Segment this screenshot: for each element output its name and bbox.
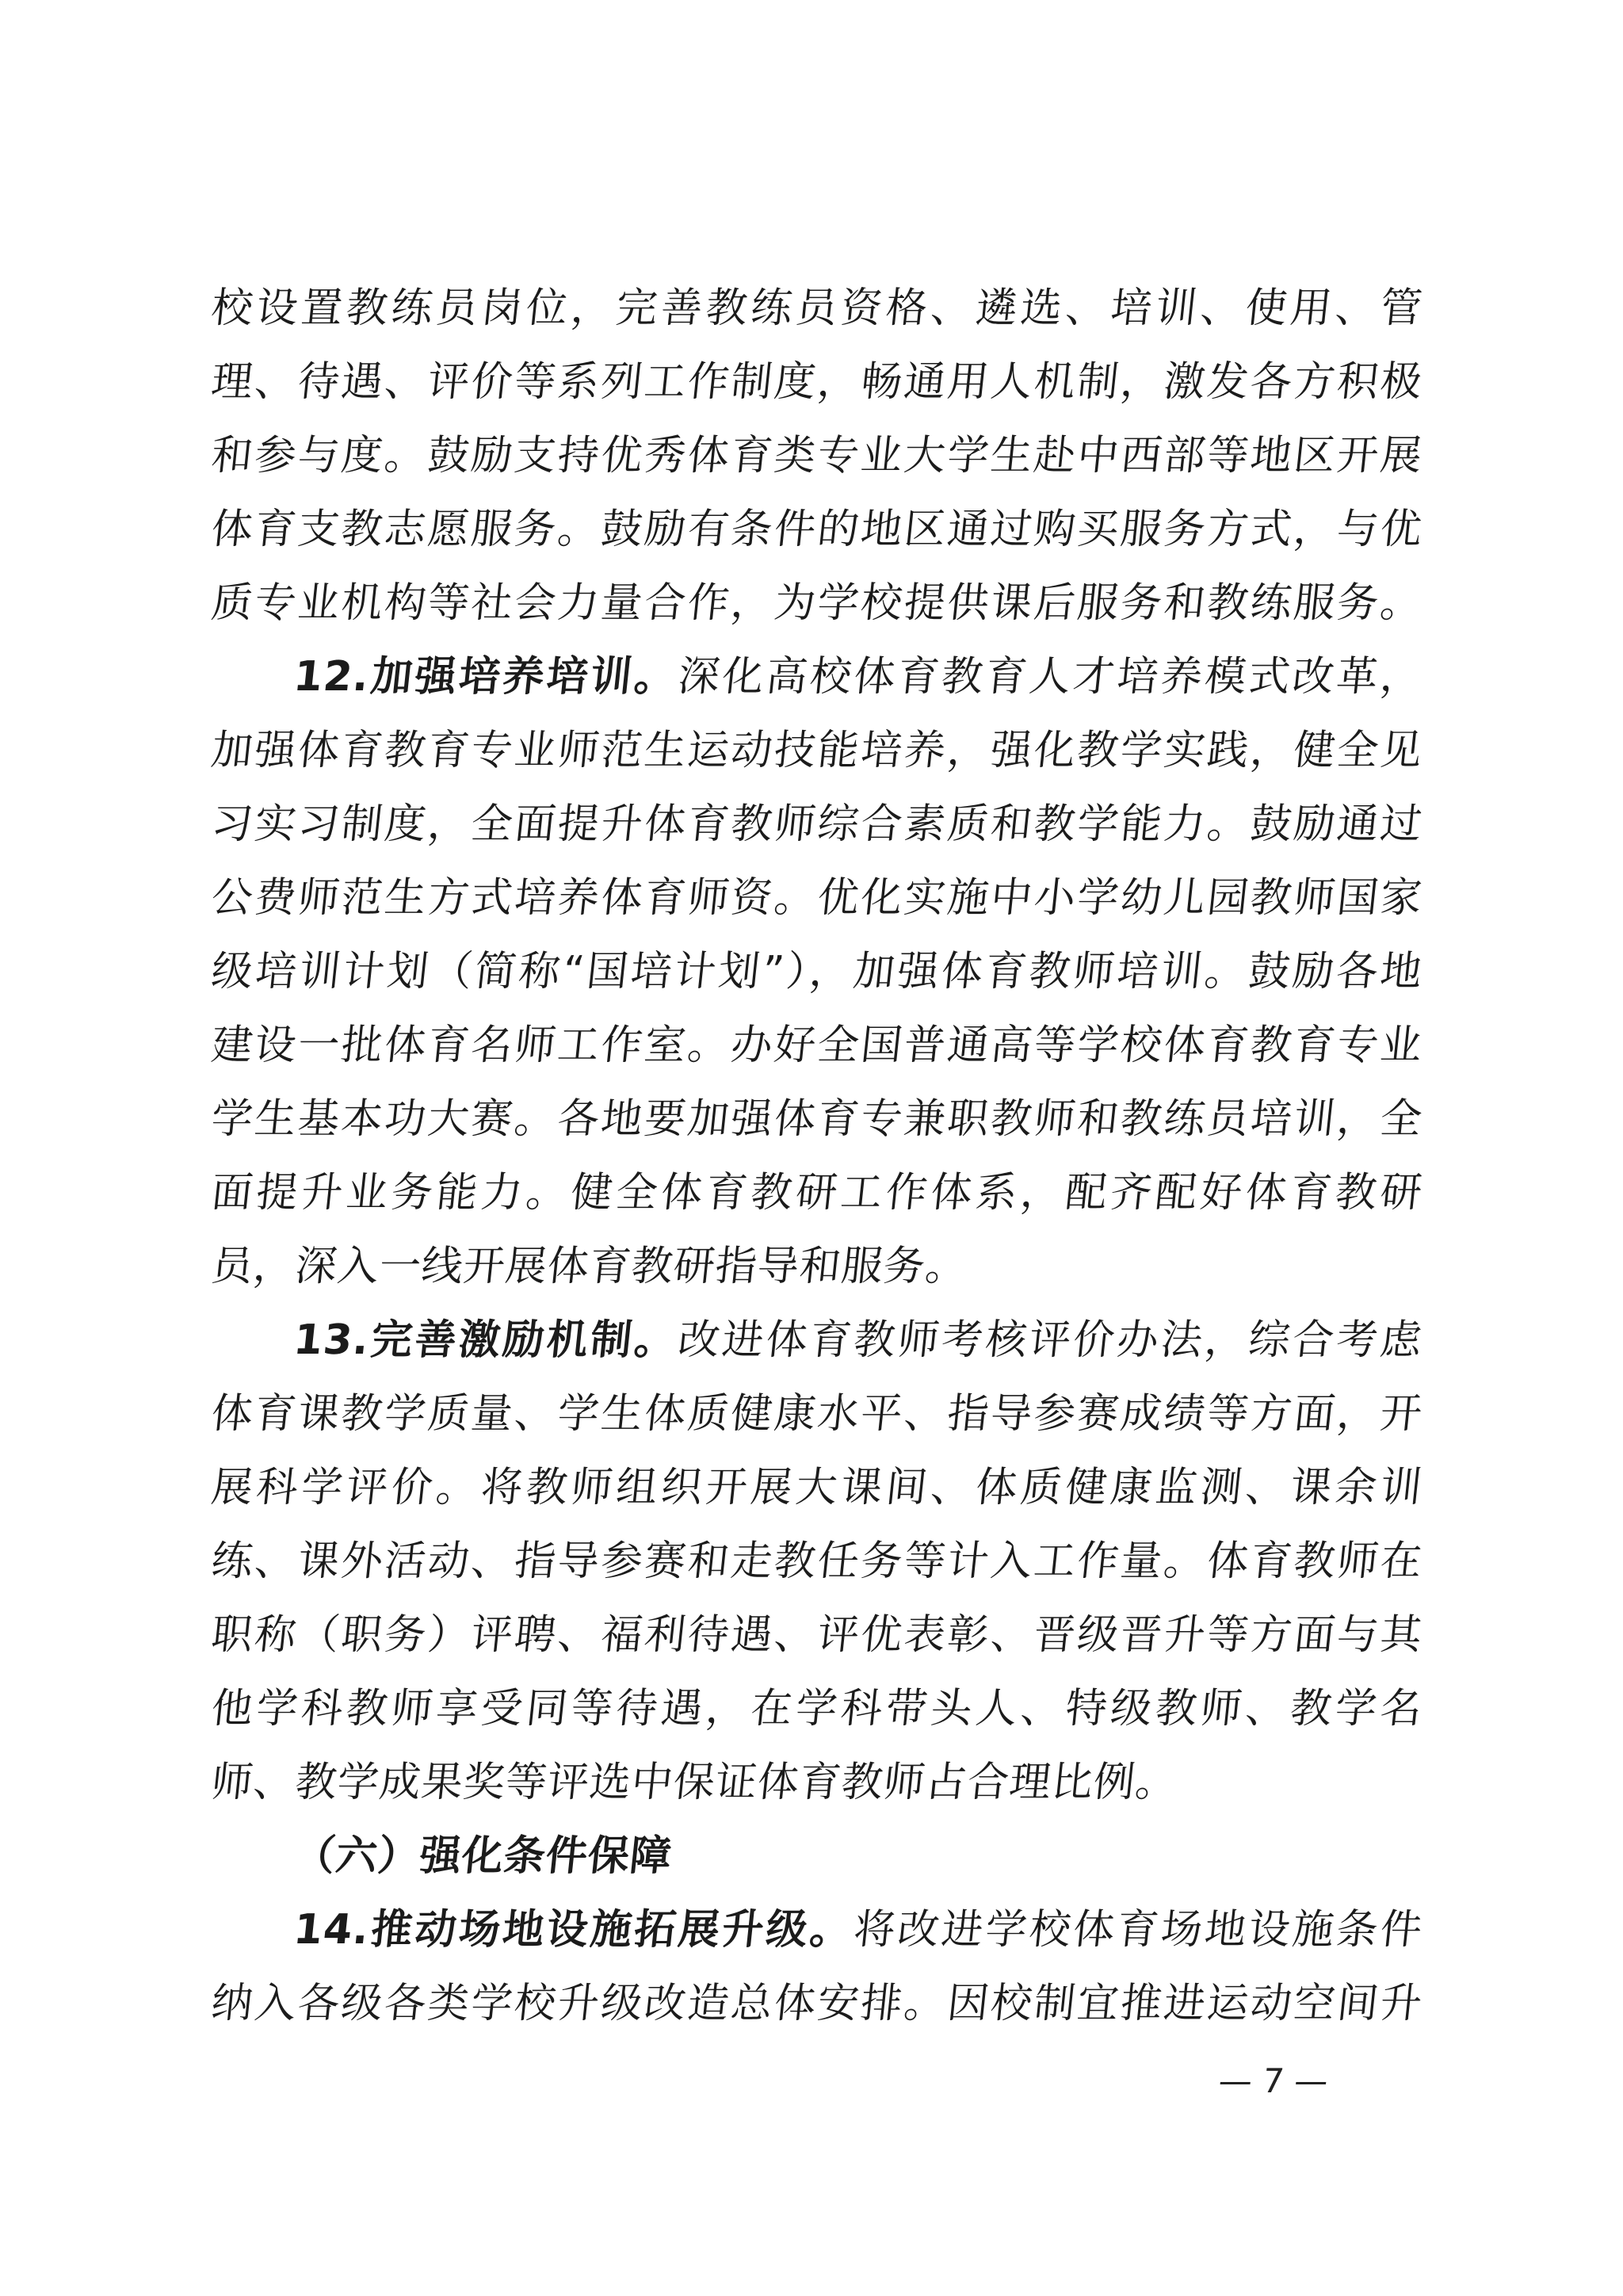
text-line: 面提升业务能力。健全体育教研工作体系，配齐配好体育教研 bbox=[208, 1156, 1426, 1230]
text-line: 职称（职务）评聘、福利待遇、评优表彰、晋级晋升等方面与其 bbox=[208, 1599, 1426, 1672]
body-text: 学生基本功大赛。各地要加强体育专兼职教师和教练员培训，全 bbox=[209, 1095, 1425, 1143]
document-page: 校设置教练员岗位，完善教练员资格、遴选、培训、使用、管理、待遇、评价等系列工作制… bbox=[0, 0, 1623, 2296]
body-text: 纳入各级各类学校升级改造总体安排。因校制宜推进运动空间升 bbox=[209, 1980, 1425, 2027]
section-heading: 14.推动场地设施拓展升级。 bbox=[292, 1906, 857, 1954]
body-text: 练、课外活动、指导参赛和走教任务等计入工作量。体育教师在 bbox=[209, 1538, 1425, 1585]
body-text: 改进体育教师考核评价办法，综合考虑 bbox=[676, 1316, 1425, 1364]
text-line: 师、教学成果奖等评选中保证体育教师占合理比例。 bbox=[208, 1746, 1426, 1820]
text-line: 练、课外活动、指导参赛和走教任务等计入工作量。体育教师在 bbox=[208, 1525, 1426, 1599]
text-line: 公费师范生方式培养体育师资。优化实施中小学幼儿园教师国家 bbox=[208, 861, 1426, 935]
body-text: 他学科教师享受同等待遇，在学科带头人、特级教师、教学名 bbox=[209, 1685, 1425, 1733]
body-text: 级培训计划（简称“国培计划”），加强体育教师培训。鼓励各地 bbox=[209, 948, 1425, 995]
text-line: 和参与度。鼓励支持优秀体育类专业大学生赴中西部等地区开展 bbox=[208, 419, 1426, 493]
text-line: 他学科教师享受同等待遇，在学科带头人、特级教师、教学名 bbox=[208, 1672, 1426, 1746]
text-line: 14.推动场地设施拓展升级。将改进学校体育场地设施条件 bbox=[208, 1893, 1426, 1967]
text-line: 体育支教志愿服务。鼓励有条件的地区通过购买服务方式，与优 bbox=[208, 493, 1426, 567]
body-text: 理、待遇、评价等系列工作制度，畅通用人机制，激发各方积极性 bbox=[208, 358, 1425, 419]
text-line: 13.完善激励机制。改进体育教师考核评价办法，综合考虑 bbox=[208, 1304, 1426, 1377]
text-line: 纳入各级各类学校升级改造总体安排。因校制宜推进运动空间升 bbox=[208, 1967, 1426, 2041]
body-text: 公费师范生方式培养体育师资。优化实施中小学幼儿园教师国家 bbox=[209, 874, 1425, 922]
text-line: （六）强化条件保障 bbox=[208, 1820, 1426, 1893]
body-text: 体育支教志愿服务。鼓励有条件的地区通过购买服务方式，与优 bbox=[209, 506, 1425, 553]
text-line: 理、待遇、评价等系列工作制度，畅通用人机制，激发各方积极性 bbox=[208, 346, 1426, 419]
text-line: 12.加强培养培训。深化高校体育教育人才培养模式改革， bbox=[208, 640, 1426, 714]
body-text: 加强体育教育专业师范生运动技能培养，强化教学实践，健全见 bbox=[209, 727, 1425, 774]
body-text: 员，深入一线开展体育教研指导和服务。 bbox=[209, 1243, 970, 1290]
body-text: 习实习制度，全面提升体育教师综合素质和教学能力。鼓励通过 bbox=[209, 800, 1425, 848]
text-line: 建设一批体育名师工作室。办好全国普通高等学校体育教育专业 bbox=[208, 1009, 1426, 1083]
body-text: 将改进学校体育场地设施条件 bbox=[851, 1906, 1425, 1954]
text-line: 习实习制度，全面提升体育教师综合素质和教学能力。鼓励通过 bbox=[208, 788, 1426, 861]
body-text: 校设置教练员岗位，完善教练员资格、遴选、培训、使用、管 bbox=[209, 285, 1425, 332]
body-text: 体育课教学质量、学生体质健康水平、指导参赛成绩等方面，开 bbox=[209, 1390, 1425, 1438]
body-text: 和参与度。鼓励支持优秀体育类专业大学生赴中西部等地区开展 bbox=[209, 432, 1425, 479]
body-text: 深化高校体育教育人才培养模式改革， bbox=[676, 653, 1425, 701]
text-line: 体育课教学质量、学生体质健康水平、指导参赛成绩等方面，开 bbox=[208, 1377, 1426, 1451]
page-number: — 7 — bbox=[1216, 2057, 1427, 2105]
text-line: 学生基本功大赛。各地要加强体育专兼职教师和教练员培训，全 bbox=[208, 1083, 1426, 1156]
body-text: 职称（职务）评聘、福利待遇、评优表彰、晋级晋升等方面与其 bbox=[209, 1611, 1425, 1659]
section-heading: 13.完善激励机制。 bbox=[292, 1316, 681, 1364]
body-text: 面提升业务能力。健全体育教研工作体系，配齐配好体育教研 bbox=[209, 1169, 1425, 1217]
text-line: 质专业机构等社会力量合作，为学校提供课后服务和教练服务。 bbox=[208, 567, 1426, 640]
section-heading: 12.加强培养培训。 bbox=[292, 653, 681, 701]
text-line: 加强体育教育专业师范生运动技能培养，强化教学实践，健全见 bbox=[208, 714, 1426, 788]
text-line: 级培训计划（简称“国培计划”），加强体育教师培训。鼓励各地 bbox=[208, 935, 1426, 1009]
body-text: 建设一批体育名师工作室。办好全国普通高等学校体育教育专业 bbox=[209, 1022, 1425, 1069]
text-line: 员，深入一线开展体育教研指导和服务。 bbox=[208, 1230, 1426, 1304]
body-text: 师、教学成果奖等评选中保证体育教师占合理比例。 bbox=[209, 1759, 1180, 1806]
body-text: 质专业机构等社会力量合作，为学校提供课后服务和教练服务。 bbox=[209, 579, 1425, 627]
section-heading: （六）强化条件保障 bbox=[292, 1832, 674, 1880]
text-line: 展科学评价。将教师组织开展大课间、体质健康监测、课余训 bbox=[208, 1451, 1426, 1525]
text-line: 校设置教练员岗位，完善教练员资格、遴选、培训、使用、管 bbox=[208, 272, 1426, 346]
body-text: 展科学评价。将教师组织开展大课间、体质健康监测、课余训 bbox=[209, 1464, 1425, 1511]
document-body: 校设置教练员岗位，完善教练员资格、遴选、培训、使用、管理、待遇、评价等系列工作制… bbox=[208, 272, 1419, 2041]
